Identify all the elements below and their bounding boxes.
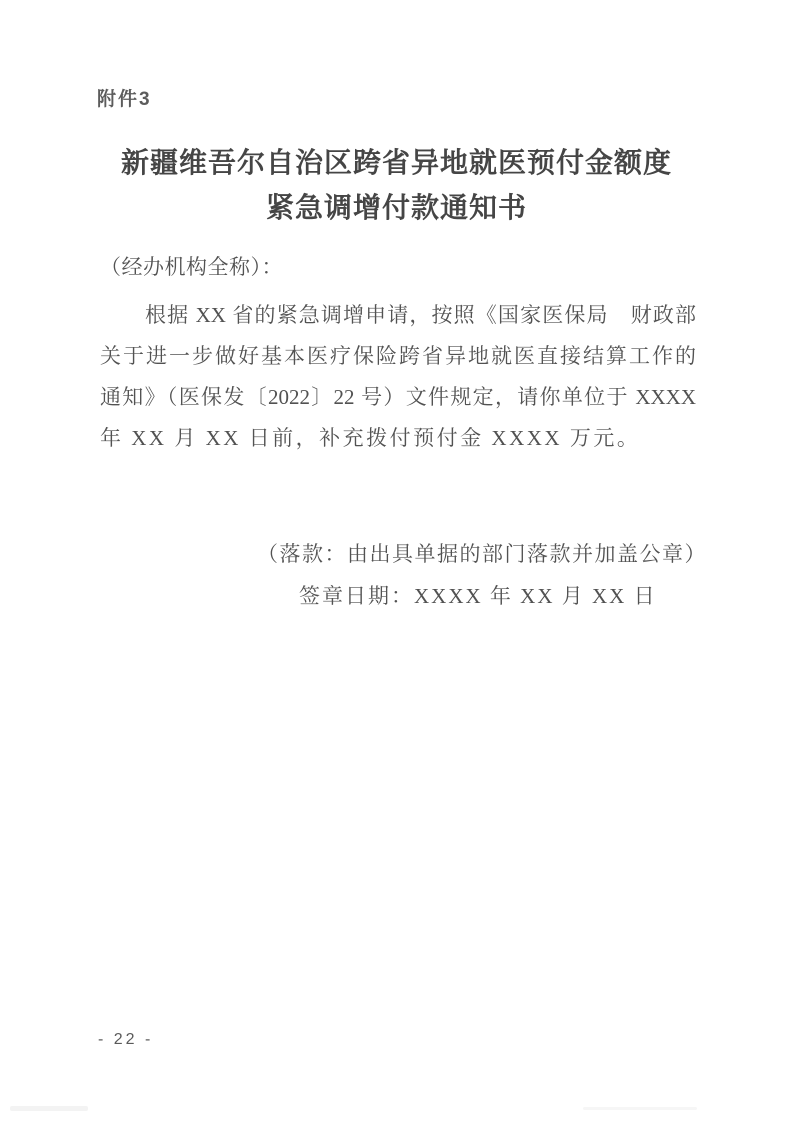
body-line-3: 通知》（医保发〔2022〕22 号）文件规定，请你单位于 XXXX	[100, 377, 696, 418]
scan-artifact-left	[10, 1106, 88, 1111]
document-title: 新疆维吾尔自治区跨省异地就医预付金额度 紧急调增付款通知书	[98, 141, 695, 231]
document-title-line1: 新疆维吾尔自治区跨省异地就医预付金额度	[98, 141, 695, 186]
document-title-line2: 紧急调增付款通知书	[98, 186, 695, 231]
page-number: - 22 -	[98, 1031, 153, 1049]
salutation: （经办机构全称）：	[100, 251, 283, 281]
signoff-instruction: （落款：由出具单据的部门落款并加盖公章）	[257, 538, 707, 568]
document-page: 附件3 新疆维吾尔自治区跨省异地就医预付金额度 紧急调增付款通知书 （经办机构全…	[0, 0, 793, 1121]
attachment-label: 附件3	[97, 84, 152, 111]
body-line-4: 年 XX 月 XX 日前，补充拨付预付金 XXXX 万元。	[100, 418, 696, 459]
body-line-1: 根据 XX 省的紧急调增申请，按照《国家医保局 财政部	[100, 295, 696, 336]
body-line-2: 关于进一步做好基本医疗保险跨省异地就医直接结算工作的	[100, 336, 696, 377]
signoff-date: 签章日期：XXXX 年 XX 月 XX 日	[299, 580, 657, 610]
scan-artifact-right	[583, 1107, 697, 1110]
body-paragraph: 根据 XX 省的紧急调增申请，按照《国家医保局 财政部 关于进一步做好基本医疗保…	[100, 295, 696, 459]
